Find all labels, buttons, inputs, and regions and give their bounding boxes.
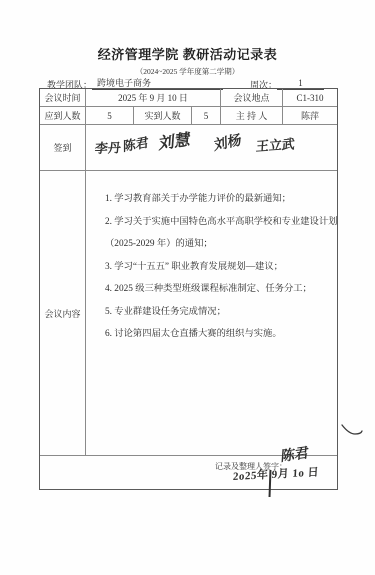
- signature-handwritten: 陈君: [123, 131, 149, 155]
- signin-signatures: 李丹 陈君 刘慧 刘杨 王立武: [86, 125, 337, 171]
- host-label: 主 持 人: [221, 107, 283, 125]
- content-line: 6. 讨论第四届太仓直播大赛的组织与实施。: [105, 323, 337, 346]
- recorder-signature-handwritten: 陈君: [280, 442, 309, 466]
- content-line: 2. 学习关于实施中国特色高水平高职学校和专业建设计划: [105, 211, 337, 234]
- signature-handwritten: 李丹: [94, 137, 122, 157]
- checkmark-handwritten: [340, 421, 364, 439]
- pen-stroke-mark: [269, 470, 271, 497]
- signin-label: 签到: [40, 125, 86, 171]
- page-subtitle: （2024~2025 学年度第二学期）: [0, 66, 375, 77]
- content-list: 1. 学习教育部关于办学能力评价的最新通知； 2. 学习关于实施中国特色高水平高…: [86, 171, 337, 346]
- record-table: 会议时间 2025 年 9 月 10 日 会议地点 C1-310 应到人数 5 …: [39, 88, 338, 490]
- content-line: 4. 2025 级三种类型班级课程标准制定、任务分工；: [105, 278, 337, 301]
- actual-count-value: 5: [192, 107, 221, 125]
- page-title: 经济管理学院 教研活动记录表: [0, 44, 375, 63]
- expected-count-value: 5: [86, 107, 134, 125]
- content-cell: 1. 学习教育部关于办学能力评价的最新通知； 2. 学习关于实施中国特色高水平高…: [86, 171, 337, 456]
- content-line: 3. 学习“十五五” 职业教育发展规划—建议；: [105, 256, 337, 279]
- content-line: （2025-2029 年）的通知；: [105, 233, 337, 256]
- signature-handwritten: 刘杨: [214, 129, 242, 155]
- location-label: 会议地点: [221, 89, 283, 107]
- recorder-date-handwritten: 2o25年 9月 1o 日: [233, 463, 320, 484]
- signature-handwritten: 刘慧: [158, 126, 191, 154]
- actual-count-label: 实到人数: [134, 107, 192, 125]
- recorder-row: 记录及整理人签字： 陈君 2o25年 9月 1o 日: [40, 456, 337, 489]
- content-line: 5. 专业群建设任务完成情况；: [105, 301, 337, 324]
- content-label: 会议内容: [40, 171, 86, 456]
- expected-count-label: 应到人数: [40, 107, 86, 125]
- meeting-time-label: 会议时间: [40, 89, 86, 107]
- content-line: 1. 学习教育部关于办学能力评价的最新通知；: [105, 188, 337, 211]
- signature-handwritten: 王立武: [255, 133, 295, 155]
- document-page: 经济管理学院 教研活动记录表 （2024~2025 学年度第二学期） 教学团队：…: [0, 0, 375, 575]
- meeting-time-value: 2025 年 9 月 10 日: [86, 89, 221, 107]
- host-value: 陈萍: [283, 107, 337, 125]
- location-value: C1-310: [283, 89, 337, 107]
